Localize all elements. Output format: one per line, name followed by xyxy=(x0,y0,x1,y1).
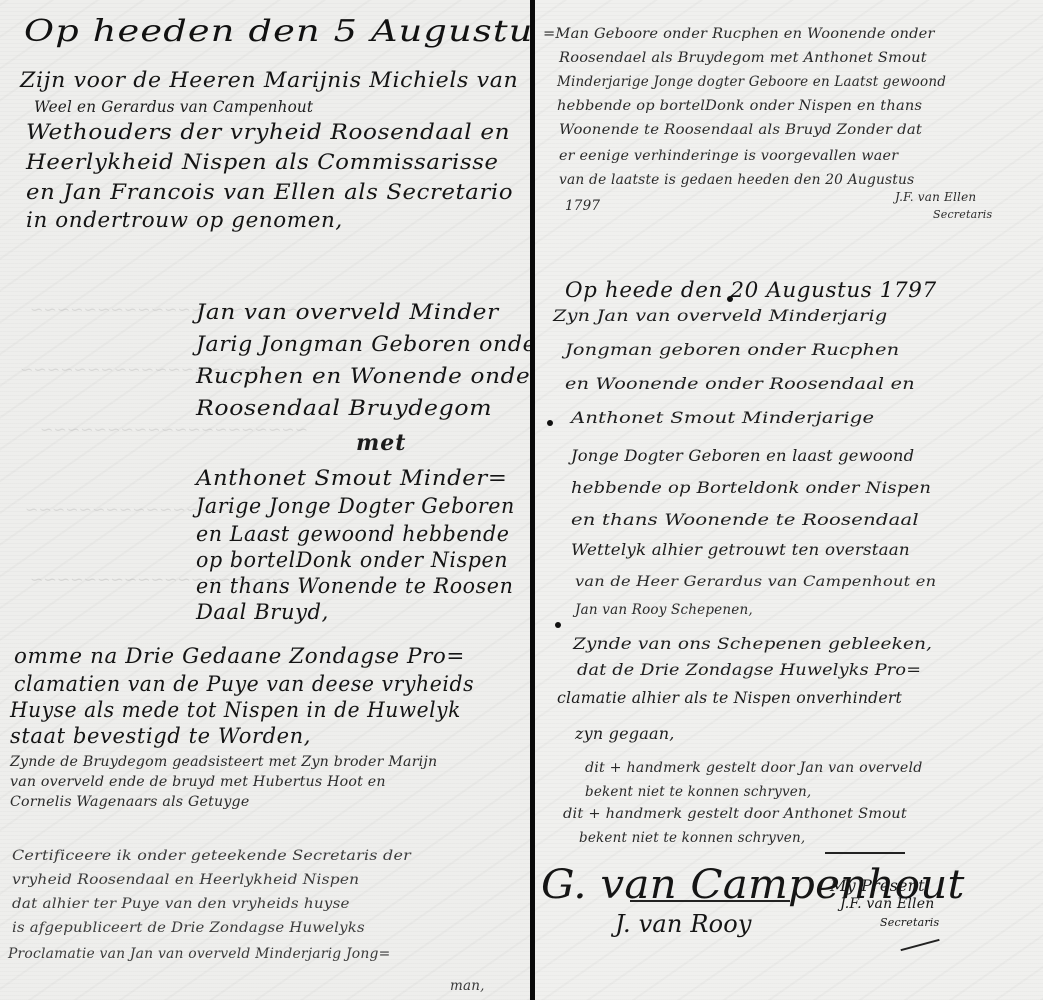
signature-van-ellen: J.F. van Ellen xyxy=(840,896,934,912)
continuation-line: Minderjarige Jonge dogter Geboore en Laa… xyxy=(557,74,946,90)
marriage-line: Anthonet Smout Minderjarige xyxy=(571,408,874,427)
finding-line: clamatie alhier als te Nispen onverhinde… xyxy=(557,688,902,707)
intro-line: Zijn voor de Heeren Marijnis Michiels va… xyxy=(20,68,518,92)
with-word: met xyxy=(356,430,406,456)
proclamation-line: Huyse als mede tot Nispen in de Huwelyk xyxy=(10,698,461,722)
bride-line: op bortelDonk onder Nispen xyxy=(196,548,508,572)
entry-heading-2: Op heede den 20 Augustus 1797 xyxy=(565,278,937,302)
signature-underline xyxy=(630,900,790,902)
bride-line: Daal Bruyd, xyxy=(196,600,329,624)
continuation-line: hebbende op bortelDonk onder Nispen en t… xyxy=(557,98,922,114)
marriage-line: Jonge Dogter Geboren en laast gewoond xyxy=(571,446,914,465)
groom-line: Roosendaal Bruydegom xyxy=(196,396,492,420)
marriage-line: Jongman geboren onder Rucphen xyxy=(565,340,899,359)
finding-line: Zynde van ons Schepenen gebleeken, xyxy=(573,634,932,653)
certificate-line: Certificeere ik onder geteekende Secreta… xyxy=(12,848,411,864)
secretary-title-bottom: Secretaris xyxy=(880,916,939,929)
proclamation-line: staat bevestigd te Worden, xyxy=(10,724,311,748)
certificate-line: Proclamatie van Jan van overveld Minderj… xyxy=(8,946,390,962)
finding-line: dat de Drie Zondagse Huwelyks Pro= xyxy=(577,660,921,679)
secretary-signature: J.F. van Ellen xyxy=(895,190,976,204)
register-spread: ~~~~~~~~~~~~~~~~~~~~~ ~~~~~~~~~~~~~~~~~~… xyxy=(0,0,1043,1000)
certificate-line: vryheid Roosendaal en Heerlykheid Nispen xyxy=(12,872,359,888)
intro-line: Heerlykheid Nispen als Commissarisse xyxy=(26,150,499,174)
mark-line: bekent niet te konnen schryven, xyxy=(585,784,811,800)
continuation-line: van de laatste is gedaen heeden den 20 A… xyxy=(559,172,914,188)
certificate-line: dat alhier ter Puye van den vryheids huy… xyxy=(12,896,350,912)
witness-line: Cornelis Wagenaars als Getuyge xyxy=(10,794,249,810)
continuation-line: er eenige verhinderinge is voorgevallen … xyxy=(559,148,898,164)
mark-line: bekent niet te konnen schryven, xyxy=(579,830,805,846)
mark-line: dit + handmerk gestelt door Anthonet Smo… xyxy=(563,806,907,822)
attest-text: My Present xyxy=(830,876,925,895)
entry-heading: Op heeden den 5 Augustus 1797 xyxy=(24,14,530,49)
continuation-line: =Man Geboore onder Rucphen en Woonende o… xyxy=(543,26,935,42)
ink-bleed-through: ~~~~~~~~~~~~~~~~~~~~ xyxy=(40,420,308,439)
marriage-line: en thans Woonende te Roosendaal xyxy=(571,510,919,529)
finding-line: zyn gegaan, xyxy=(575,724,674,743)
marriage-line: Jan van Rooy Schepenen, xyxy=(575,602,753,618)
bride-line: en Laast gewoond hebbende xyxy=(196,522,510,546)
bride-line: Jarige Jonge Dogter Geboren xyxy=(196,494,515,518)
continuation-line: Woonende te Roosendaal als Bruyd Zonder … xyxy=(559,122,922,138)
marriage-line: en Woonende onder Roosendaal en xyxy=(565,374,915,393)
continuation-line: Roosendael als Bruydegom met Anthonet Sm… xyxy=(559,50,927,66)
bride-line: Anthonet Smout Minder= xyxy=(196,466,507,490)
intro-line: Weel en Gerardus van Campenhout xyxy=(34,97,313,116)
secretary-title: Secretaris xyxy=(933,208,992,221)
bride-line: en thans Wonende te Roosen xyxy=(196,574,513,598)
intro-line: en Jan Francois van Ellen als Secretario xyxy=(26,180,513,204)
ink-blot xyxy=(555,622,561,628)
right-page: =Man Geboore onder Rucphen en Woonende o… xyxy=(535,0,1043,1000)
witness-line: van overveld ende de bruyd met Hubertus … xyxy=(10,774,386,790)
marriage-line: Wettelyk alhier getrouwt ten overstaan xyxy=(571,540,910,559)
intro-line: Wethouders der vryheid Roosendaal en xyxy=(26,120,510,144)
signature-van-rooy: J. van Rooy xyxy=(615,910,752,938)
witness-line: Zynde de Bruydegom geadsisteert met Zyn … xyxy=(10,754,437,770)
signature-flourish xyxy=(825,852,905,854)
marriage-line: van de Heer Gerardus van Campenhout en xyxy=(575,574,936,590)
marriage-line: Zyn Jan van overveld Minderjarig xyxy=(553,306,887,325)
groom-line: Jan van overveld Minder xyxy=(196,300,499,324)
ink-blot xyxy=(727,296,733,302)
marriage-line: hebbende op Borteldonk onder Nispen xyxy=(571,478,931,497)
catchword: man, xyxy=(450,978,485,994)
groom-line: Jarig Jongman Geboren onder xyxy=(196,332,530,356)
continuation-line: 1797 xyxy=(565,198,600,214)
proclamation-line: clamatien van de Puye van deese vryheids xyxy=(14,672,474,696)
groom-line: Rucphen en Wonende onder xyxy=(196,364,530,388)
signature-flourish xyxy=(900,939,939,951)
certificate-line: is afgepubliceert de Drie Zondagse Huwel… xyxy=(12,920,365,936)
left-page: ~~~~~~~~~~~~~~~~~~~~~ ~~~~~~~~~~~~~~~~~~… xyxy=(0,0,530,1000)
intro-line: in ondertrouw op genomen, xyxy=(26,208,343,232)
mark-line: dit + handmerk gestelt door Jan van over… xyxy=(585,760,922,776)
ink-blot xyxy=(547,420,553,426)
proclamation-line: omme na Drie Gedaane Zondagse Pro= xyxy=(14,644,465,668)
